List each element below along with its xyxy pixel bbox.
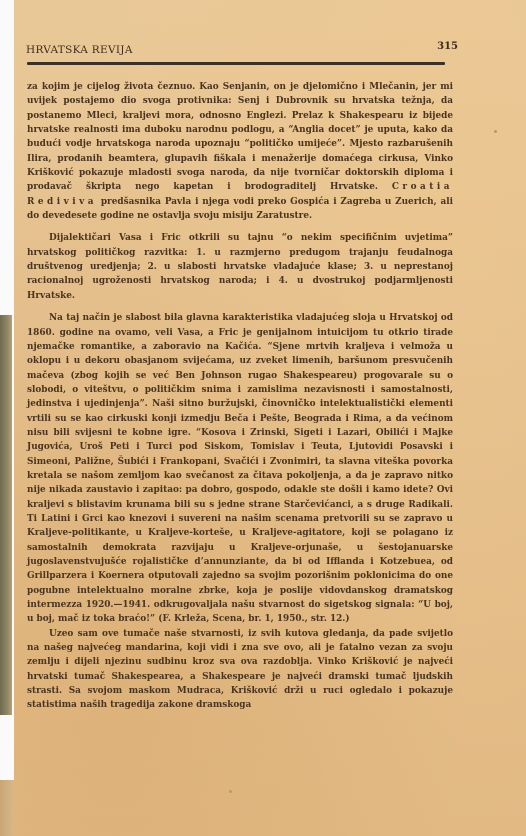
page-number: 315 — [437, 41, 458, 52]
running-header: HRVATSKA REVIJA 315 — [13, 38, 458, 58]
paragraph: Uzeo sam ove tumače naše stvarnosti, iz … — [27, 627, 453, 713]
journal-title: HRVATSKA REVIJA — [26, 44, 133, 56]
paragraph: Na taj način je slabost bila glavna kara… — [27, 311, 453, 627]
paragraph: za kojim je cijelog života čeznuo. Kao S… — [27, 80, 453, 223]
paragraph-text: Na taj način je slabost bila glavna kara… — [27, 313, 453, 624]
page-edge-fold — [0, 780, 14, 836]
paragraph-text: Dijalektičari Vasa i Fric otkrili su taj… — [27, 233, 453, 300]
article-body: za kojim je cijelog života čeznuo. Kao S… — [27, 80, 453, 713]
paragraph-text: Uzeo sam ove tumače naše stvarnosti, iz … — [27, 629, 453, 711]
header-rule — [27, 62, 445, 65]
paragraph-text: za kojim je cijelog života čeznuo. Kao S… — [27, 82, 453, 192]
page-edge-shadow — [0, 315, 12, 715]
paragraph: Dijalektičari Vasa i Fric otkrili su taj… — [27, 231, 453, 303]
